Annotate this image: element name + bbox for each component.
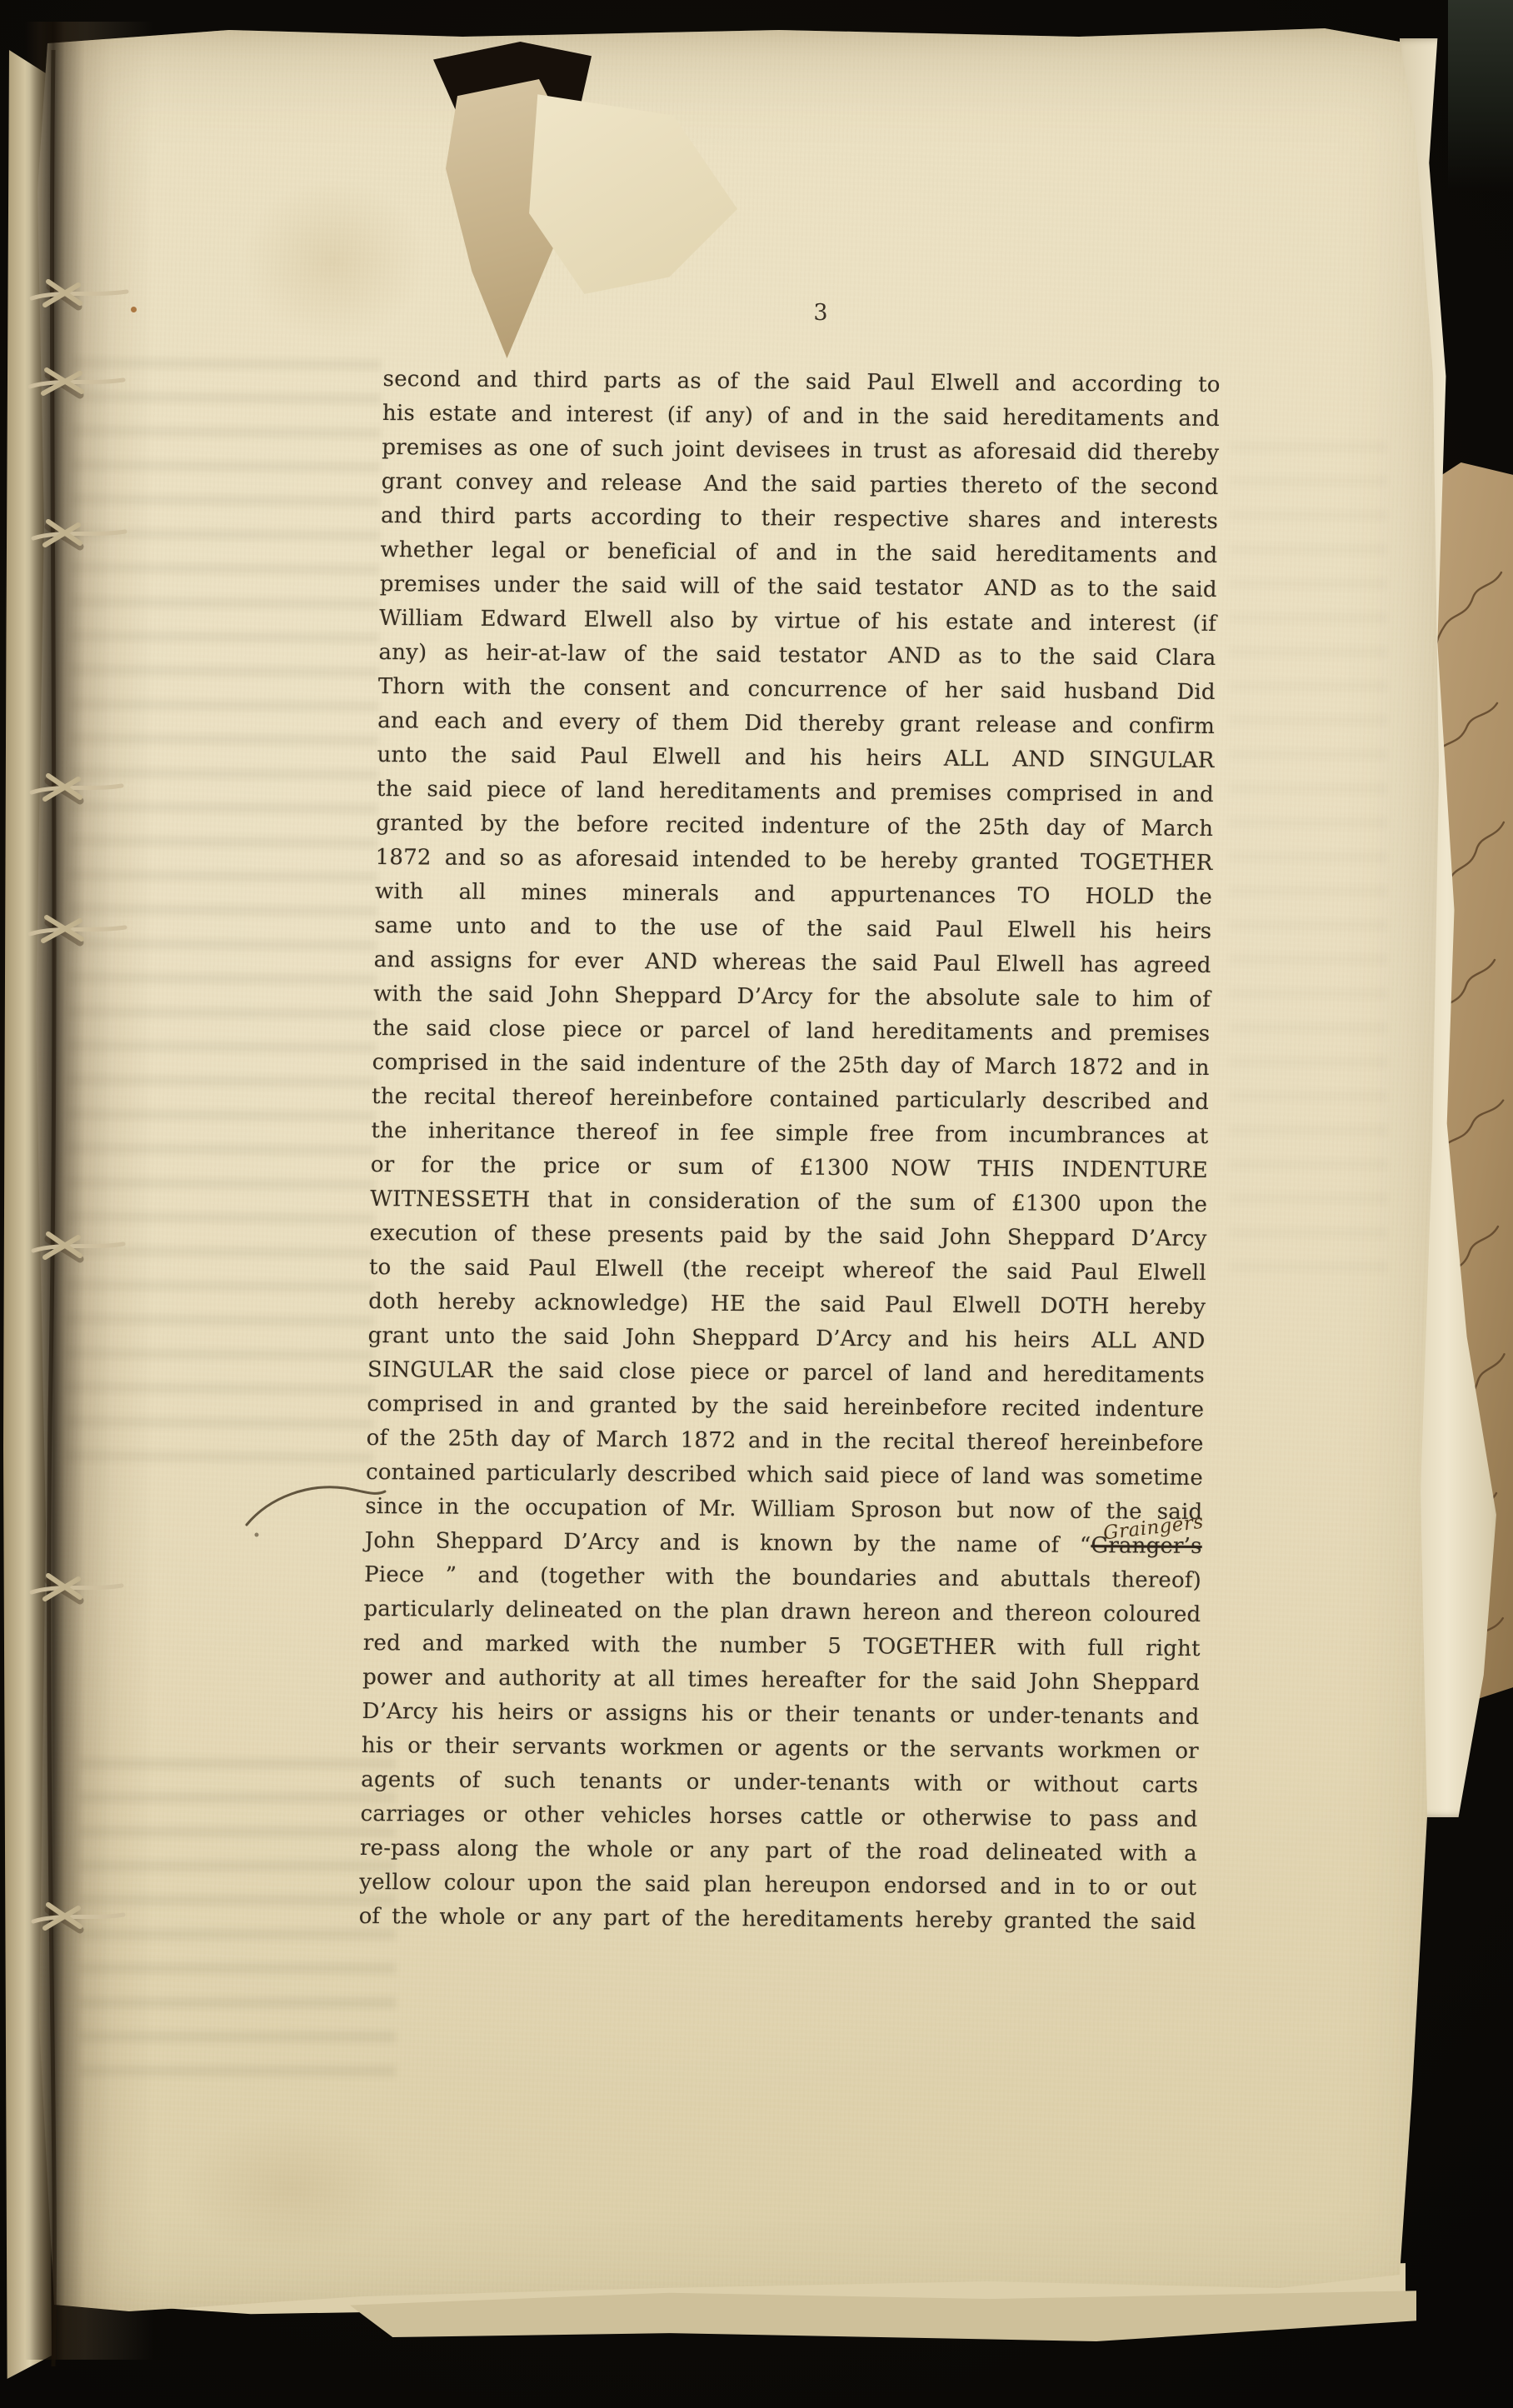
book-cover-edge [1448, 0, 1513, 192]
document-text-line: grant convey and release And the said pa… [381, 465, 1219, 505]
ink-bleedthrough [65, 357, 381, 1468]
document-body: second and third parts as of the said Pa… [358, 362, 1221, 1940]
document-text-line: grant unto the said John Sheppard D’Arcy… [367, 1319, 1206, 1359]
document-text-line: the inheritance thereof in fee simple fr… [371, 1114, 1209, 1154]
document-text-line: William Edward Elwell also by virtue of … [379, 602, 1217, 642]
document-text-line: carriages or other vehicles horses cattl… [360, 1797, 1198, 1837]
document-text-line: since in the occupation of Mr. William S… [365, 1490, 1203, 1530]
document-text-line: Thorn with the consent and concurrence o… [378, 670, 1216, 710]
document-text-line: same unto and to the use of the said Pau… [374, 909, 1212, 949]
line-text: John Sheppard D’Arcy and is known by the… [365, 1528, 1091, 1558]
document-text-line: unto the said Paul Elwell and his heirs … [377, 738, 1215, 778]
document-text-line: the recital thereof hereinbefore contain… [372, 1080, 1210, 1120]
document-text-line: agents of such tenants or under-tenants … [361, 1763, 1199, 1803]
document-text-line: and third parts according to their respe… [381, 499, 1219, 539]
document-text-line: his or their servants workmen or agents … [362, 1729, 1200, 1769]
document-text-line: of the 25th day of March 1872 and in the… [366, 1421, 1204, 1461]
document-text-line: and assigns for ever AND whereas the sai… [373, 943, 1211, 983]
document-text-line: premises under the said will of the said… [379, 567, 1217, 607]
document-text-line: SINGULAR the said close piece or parcel … [367, 1353, 1206, 1393]
document-text-line: contained particularly described which s… [366, 1456, 1204, 1496]
document-text-line: and each and every of them Did thereby g… [377, 704, 1216, 744]
document-text-line: of the whole or any part of the heredita… [358, 1900, 1196, 1940]
document-text-line: comprised in and granted by the said her… [367, 1387, 1205, 1427]
document-text-line: premises as one of such joint devisees i… [382, 431, 1220, 471]
page-number: 3 [779, 300, 862, 326]
document-page: 3 second and third parts as of the said … [29, 25, 1466, 2341]
document-text-line: yellow colour upon the said plan hereupo… [359, 1866, 1197, 1906]
rust-spot [131, 307, 137, 312]
document-text-line: or for the price or sum of £1300 NOW THI… [371, 1148, 1209, 1188]
scanned-book-photo: 3 second and third parts as of the said … [0, 0, 1513, 2408]
document-text-line: John Sheppard D’Arcy and is known by the… [364, 1524, 1202, 1564]
document-text-line: WITNESSETH that in consideration of the … [370, 1182, 1208, 1222]
document-text-line: Piece ” and (together with the boundarie… [364, 1558, 1202, 1598]
document-text-line: with all mines minerals and appurtenance… [375, 875, 1213, 915]
document-text-line: red and marked with the number 5 TOGETHE… [363, 1626, 1201, 1666]
document-text-line: any) as heir-at-law of the said testator… [378, 636, 1216, 676]
document-text-line: 1872 and so as aforesaid intended to be … [375, 841, 1213, 881]
document-text-line: particularly delineated on the plan draw… [363, 1592, 1201, 1632]
paper-stain [179, 2116, 404, 2258]
ink-bleedthrough [79, 1758, 396, 2091]
document-text-line: whether legal or beneficial of and in th… [380, 533, 1218, 573]
document-text-line: comprised in the said indenture of the 2… [372, 1046, 1210, 1086]
document-text-line: power and authority at all times hereaft… [362, 1661, 1201, 1701]
document-text-line: second and third parts as of the said Pa… [382, 362, 1221, 402]
document-text-line: doth hereby acknowledge) HE the said Pau… [368, 1285, 1206, 1325]
document-text-line: D’Arcy his heirs or assigns his or their… [362, 1695, 1200, 1735]
margin-pen-mark [240, 1471, 394, 1542]
document-text-line: to the said Paul Elwell (the receipt whe… [369, 1251, 1207, 1291]
paper-stain [242, 179, 425, 342]
document-text-line: granted by the before recited indenture … [376, 807, 1214, 847]
document-text-line: the said close piece or parcel of land h… [372, 1012, 1211, 1052]
document-text-line: the said piece of land hereditaments and… [377, 772, 1215, 812]
document-text-line: execution of these presents paid by the … [369, 1216, 1207, 1256]
corrected-word: Granger’sGraingers [1091, 1533, 1202, 1559]
ink-bleedthrough [1229, 442, 1387, 1275]
document-text-line: re-pass along the whole or any part of t… [360, 1831, 1198, 1871]
document-text-line: with the said John Sheppard D’Arcy for t… [373, 977, 1211, 1017]
document-text-line: his estate and interest (if any) of and … [382, 397, 1221, 437]
